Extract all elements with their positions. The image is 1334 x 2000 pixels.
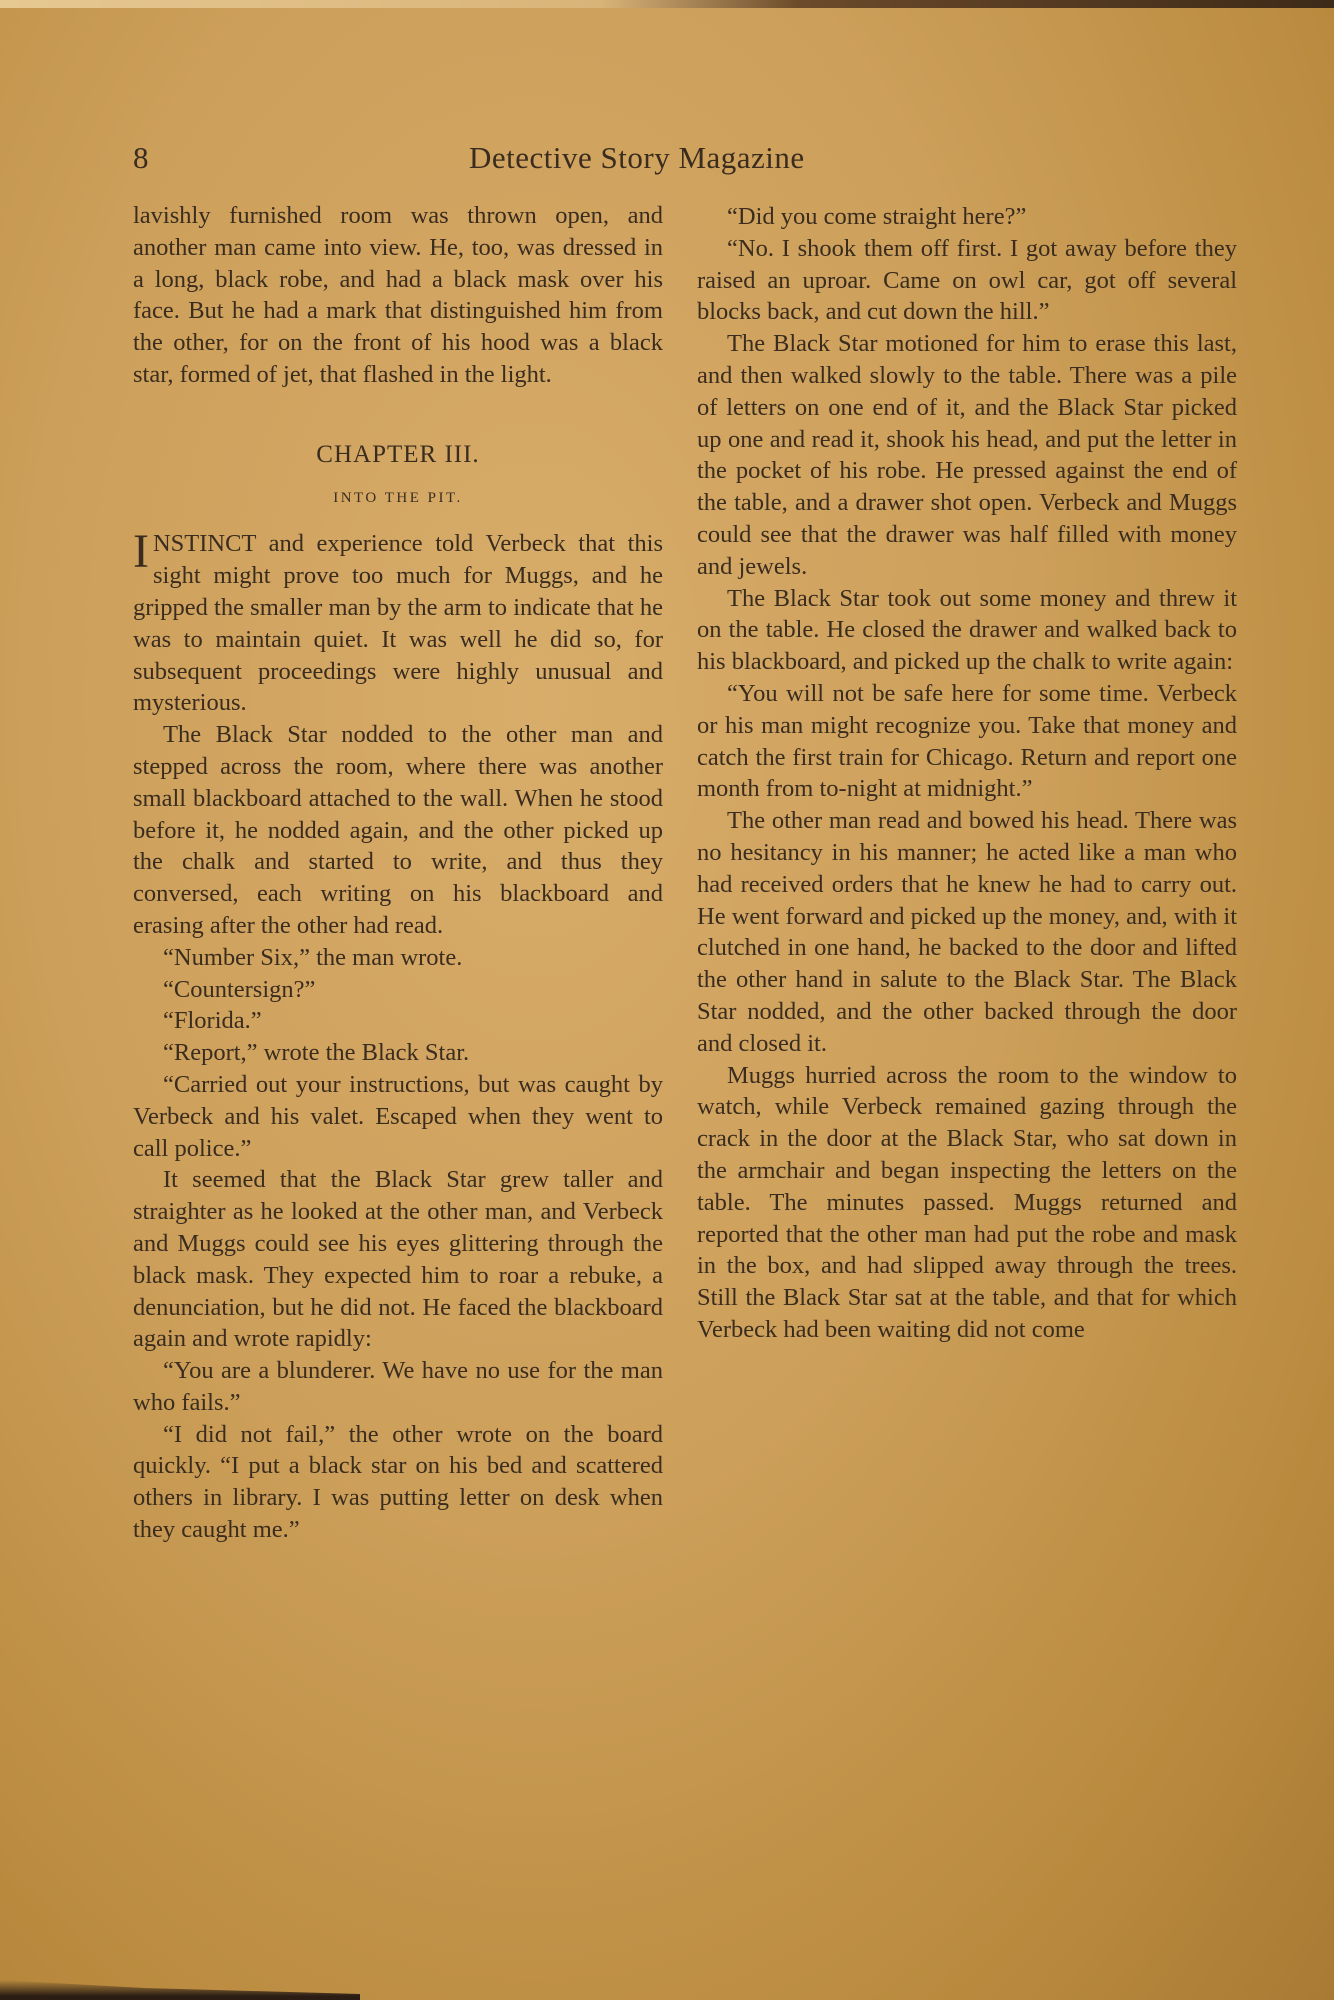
paragraph: “You are a blunderer. We have no use for…	[133, 1355, 663, 1419]
paragraph: It seemed that the Black Star grew talle…	[133, 1164, 663, 1355]
paragraph: “Report,” wrote the Black Star.	[133, 1037, 663, 1069]
left-column: lavishly furnished room was thrown open,…	[133, 200, 663, 1546]
chapter-subtitle: INTO THE PIT.	[133, 483, 663, 515]
paragraph: The Black Star motioned for him to erase…	[697, 328, 1237, 582]
page-top-edge	[0, 0, 1334, 8]
drop-cap: I	[133, 532, 149, 572]
paragraph: The other man read and bowed his head. T…	[697, 805, 1237, 1059]
chapter-heading: CHAPTER III.	[133, 439, 663, 471]
opening-paragraph-text: NSTINCT and experience told Verbeck that…	[133, 530, 663, 716]
right-column: “Did you come straight here?” “No. I sho…	[697, 201, 1237, 1346]
page-bottom-shadow	[0, 1980, 360, 2000]
running-head: 8 Detective Story Magazine	[133, 140, 1233, 180]
paragraph: “You will not be safe here for some time…	[697, 678, 1237, 805]
opening-paragraph: INSTINCT and experience told Verbeck tha…	[133, 528, 663, 719]
paragraph: “Carried out your instructions, but was …	[133, 1069, 663, 1164]
paragraph: The Black Star took out some money and t…	[697, 583, 1237, 678]
paragraph: Muggs hurried across the room to the win…	[697, 1060, 1237, 1346]
paragraph: “No. I shook them off first. I got away …	[697, 233, 1237, 328]
paragraph: lavishly furnished room was thrown open,…	[133, 200, 663, 391]
paragraph: “I did not fail,” the other wrote on the…	[133, 1419, 663, 1546]
magazine-title: Detective Story Magazine	[469, 140, 805, 176]
paragraph: “Florida.”	[133, 1005, 663, 1037]
paragraph: “Did you come straight here?”	[697, 201, 1237, 233]
paragraph: “Countersign?”	[133, 974, 663, 1006]
paragraph: The Black Star nodded to the other man a…	[133, 719, 663, 942]
paragraph: “Number Six,” the man wrote.	[133, 942, 663, 974]
page-number: 8	[133, 140, 149, 176]
